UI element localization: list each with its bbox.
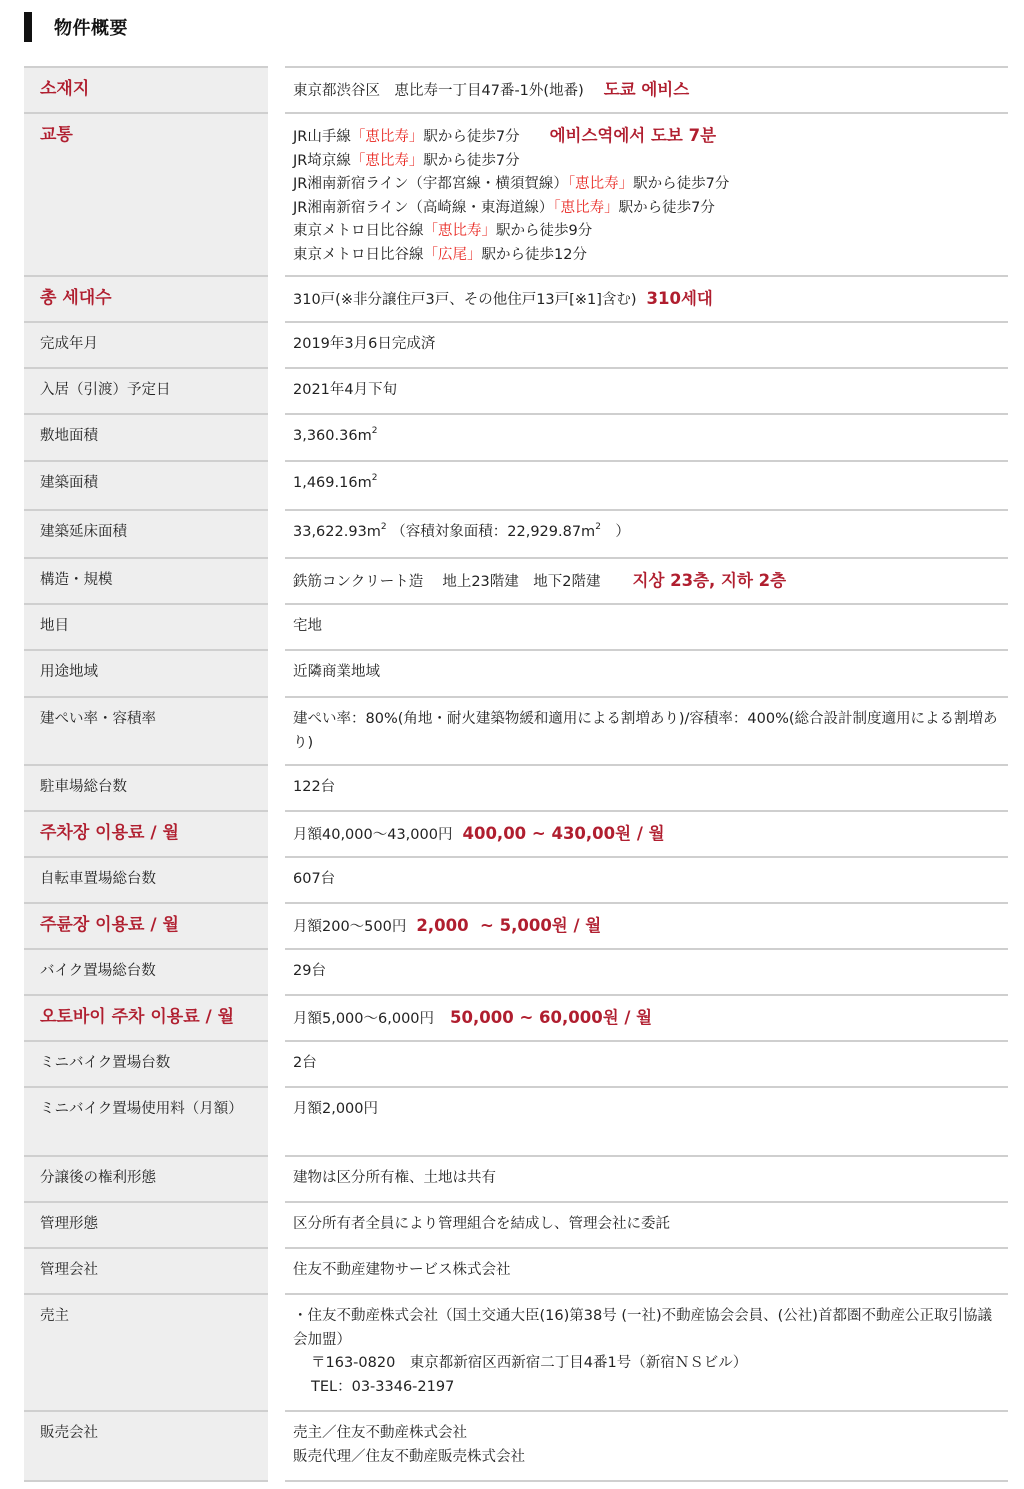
- table-row: 주륜장 이용료 / 월 月額200～500円2,000 ~ 5,000원 / 월: [24, 902, 1008, 948]
- row-label: 建築延床面積: [24, 509, 268, 557]
- table-row: バイク置場総台数 29台: [24, 948, 1008, 994]
- row-value: 月額5,000～6,000円50,000 ~ 60,000원 / 월: [285, 994, 1008, 1040]
- row-label: 販売会社: [24, 1410, 268, 1482]
- station-link: 「恵比寿」: [568, 176, 633, 192]
- page-title: 物件概要: [54, 14, 128, 40]
- row-label: 주륜장 이용료 / 월: [24, 902, 268, 948]
- table-row: 建築面積 1,469.16m2: [24, 460, 1008, 509]
- seller-address: 〒163-0820 東京都新宿区西新宿二丁目4番1号（新宿ＮＳビル）: [293, 1352, 998, 1376]
- row-value: 東京都渋谷区 恵比寿一丁目47番-1外(地番)도쿄 에비스: [285, 66, 1008, 112]
- row-label: 建ぺい率・容積率: [24, 696, 268, 764]
- table-row: 売主 ・住友不動産株式会社（国土交通大臣(16)第38号 (一社)不動産協会会員…: [24, 1293, 1008, 1410]
- seller-phone: TEL：03-3346-2197: [293, 1376, 998, 1400]
- korean-note: 지상 23층, 지하 2층: [633, 571, 787, 590]
- row-label: 주차장 이용료 / 월: [24, 810, 268, 856]
- row-label: 管理会社: [24, 1247, 268, 1293]
- transit-line: JR湘南新宿ライン（高崎線・東海道線）「恵比寿」駅から徒歩7分: [293, 197, 998, 221]
- table-row: 建築延床面積 33,622.93m2 （容積対象面積：22,929.87m2 ）: [24, 509, 1008, 557]
- korean-note: 400,00 ~ 430,00원 / 월: [462, 824, 664, 843]
- korean-note: 에비스역에서 도보 7분: [550, 126, 716, 145]
- korean-note: 도쿄 에비스: [604, 80, 689, 99]
- row-value: 月額200～500円2,000 ~ 5,000원 / 월: [285, 902, 1008, 948]
- row-value: 607台: [285, 856, 1008, 902]
- row-label: 分譲後の権利形態: [24, 1155, 268, 1201]
- table-row: 주차장 이용료 / 월 月額40,000～43,000円400,00 ~ 430…: [24, 810, 1008, 856]
- table-row: 오토바이 주차 이용료 / 월 月額5,000～6,000円50,000 ~ 6…: [24, 994, 1008, 1040]
- row-value: 3,360.36m2: [285, 413, 1008, 460]
- row-label: 管理形態: [24, 1201, 268, 1247]
- row-label: 自転車置場総台数: [24, 856, 268, 902]
- row-value: 33,622.93m2 （容積対象面積：22,929.87m2 ）: [285, 509, 1008, 557]
- table-row: 管理会社 住友不動産建物サービス株式会社: [24, 1247, 1008, 1293]
- table-row: 地目 宅地: [24, 603, 1008, 649]
- row-label: 敷地面積: [24, 413, 268, 460]
- table-row: ミニバイク置場使用料（月額） 月額2,000円: [24, 1086, 1008, 1155]
- row-label: 오토바이 주차 이용료 / 월: [24, 994, 268, 1040]
- table-row: 管理形態 区分所有者全員により管理組合を結成し、管理会社に委託: [24, 1201, 1008, 1247]
- sales-agent: 販売代理／住友不動産販売株式会社: [293, 1446, 998, 1470]
- heading-bar-icon: [24, 12, 32, 42]
- table-row: 構造・規模 鉄筋コンクリート造 地上23階建 地下2階建지상 23층, 지하 2…: [24, 557, 1008, 603]
- row-label: 총 세대수: [24, 275, 268, 321]
- korean-note: 2,000 ~ 5,000원 / 월: [416, 916, 601, 935]
- transit-line: JR山手線「恵比寿」駅から徒歩7分에비스역에서 도보 7분: [293, 124, 998, 150]
- row-value: 月額40,000～43,000円400,00 ~ 430,00원 / 월: [285, 810, 1008, 856]
- table-row: 分譲後の権利形態 建物は区分所有権、土地は共有: [24, 1155, 1008, 1201]
- row-label: 構造・規模: [24, 557, 268, 603]
- section-heading: 物件概要: [24, 12, 128, 42]
- row-label: バイク置場総台数: [24, 948, 268, 994]
- row-value: 2021年4月下旬: [285, 367, 1008, 413]
- station-link: 「広尾」: [424, 247, 482, 263]
- row-label: 用途地域: [24, 649, 268, 696]
- row-value: 区分所有者全員により管理組合を結成し、管理会社に委託: [285, 1201, 1008, 1247]
- table-row: 소재지 東京都渋谷区 恵比寿一丁目47番-1外(地番)도쿄 에비스: [24, 66, 1008, 112]
- property-overview-table: 소재지 東京都渋谷区 恵比寿一丁目47番-1外(地番)도쿄 에비스 교통 JR山…: [24, 66, 1008, 1482]
- row-value: 近隣商業地域: [285, 649, 1008, 696]
- row-value: 2019年3月6日完成済: [285, 321, 1008, 367]
- station-link: 「恵比寿」: [424, 223, 497, 239]
- row-value: 建ぺい率：80%(角地・耐火建築物緩和適用による割増あり)/容積率：400%(総…: [285, 696, 1008, 764]
- row-value: 29台: [285, 948, 1008, 994]
- table-row: 入居（引渡）予定日 2021年4月下旬: [24, 367, 1008, 413]
- row-value: 310戸(※非分譲住戸3戸、その他住戸13戸[※1]含む)310세대: [285, 275, 1008, 321]
- row-value: 住友不動産建物サービス株式会社: [285, 1247, 1008, 1293]
- row-label: 駐車場総台数: [24, 764, 268, 810]
- korean-note: 310세대: [647, 289, 713, 308]
- row-label: 完成年月: [24, 321, 268, 367]
- row-label: 建築面積: [24, 460, 268, 509]
- transit-line: 東京メトロ日比谷線「広尾」駅から徒歩12分: [293, 244, 998, 268]
- sales-seller: 売主／住友不動産株式会社: [293, 1422, 998, 1446]
- table-row: 完成年月 2019年3月6日完成済: [24, 321, 1008, 367]
- table-row: 用途地域 近隣商業地域: [24, 649, 1008, 696]
- table-row: ミニバイク置場台数 2台: [24, 1040, 1008, 1086]
- transit-line: JR湘南新宿ライン（宇都宮線・横須賀線）「恵比寿」駅から徒歩7分: [293, 173, 998, 197]
- table-row: 총 세대수 310戸(※非分譲住戸3戸、その他住戸13戸[※1]含む)310세대: [24, 275, 1008, 321]
- row-value: 月額2,000円: [285, 1086, 1008, 1155]
- transit-line: 東京メトロ日比谷線「恵比寿」駅から徒歩9分: [293, 220, 998, 244]
- station-link: 「恵比寿」: [351, 129, 424, 145]
- row-value: 鉄筋コンクリート造 地上23階建 地下2階建지상 23층, 지하 2층: [285, 557, 1008, 603]
- row-value: 宅地: [285, 603, 1008, 649]
- korean-note: 50,000 ~ 60,000원 / 월: [450, 1008, 652, 1027]
- table-row: 敷地面積 3,360.36m2: [24, 413, 1008, 460]
- station-link: 「恵比寿」: [351, 153, 424, 169]
- row-label: 売主: [24, 1293, 268, 1410]
- row-label: ミニバイク置場台数: [24, 1040, 268, 1086]
- table-row: 建ぺい率・容積率 建ぺい率：80%(角地・耐火建築物緩和適用による割増あり)/容…: [24, 696, 1008, 764]
- row-label: 소재지: [24, 66, 268, 112]
- row-value: ・住友不動産株式会社（国土交通大臣(16)第38号 (一社)不動産協会会員、(公…: [285, 1293, 1008, 1410]
- row-value: 建物は区分所有権、土地は共有: [285, 1155, 1008, 1201]
- table-row: 販売会社 売主／住友不動産株式会社 販売代理／住友不動産販売株式会社: [24, 1410, 1008, 1482]
- row-value: JR山手線「恵比寿」駅から徒歩7分에비스역에서 도보 7분 JR埼京線「恵比寿」…: [285, 112, 1008, 275]
- row-label: ミニバイク置場使用料（月額）: [24, 1086, 268, 1155]
- transit-line: JR埼京線「恵比寿」駅から徒歩7分: [293, 150, 998, 174]
- row-value: 売主／住友不動産株式会社 販売代理／住友不動産販売株式会社: [285, 1410, 1008, 1482]
- row-value: 1,469.16m2: [285, 460, 1008, 509]
- row-value: 2台: [285, 1040, 1008, 1086]
- row-value: 122台: [285, 764, 1008, 810]
- row-label: 교통: [24, 112, 268, 275]
- address-text: 東京都渋谷区 恵比寿一丁目47番-1外(地番): [293, 83, 584, 99]
- seller-company: ・住友不動産株式会社（国土交通大臣(16)第38号 (一社)不動産協会会員、(公…: [293, 1305, 998, 1352]
- station-link: 「恵比寿」: [553, 200, 618, 216]
- table-row: 自転車置場総台数 607台: [24, 856, 1008, 902]
- row-label: 地目: [24, 603, 268, 649]
- table-row: 교통 JR山手線「恵比寿」駅から徒歩7分에비스역에서 도보 7분 JR埼京線「恵…: [24, 112, 1008, 275]
- table-row: 駐車場総台数 122台: [24, 764, 1008, 810]
- row-label: 入居（引渡）予定日: [24, 367, 268, 413]
